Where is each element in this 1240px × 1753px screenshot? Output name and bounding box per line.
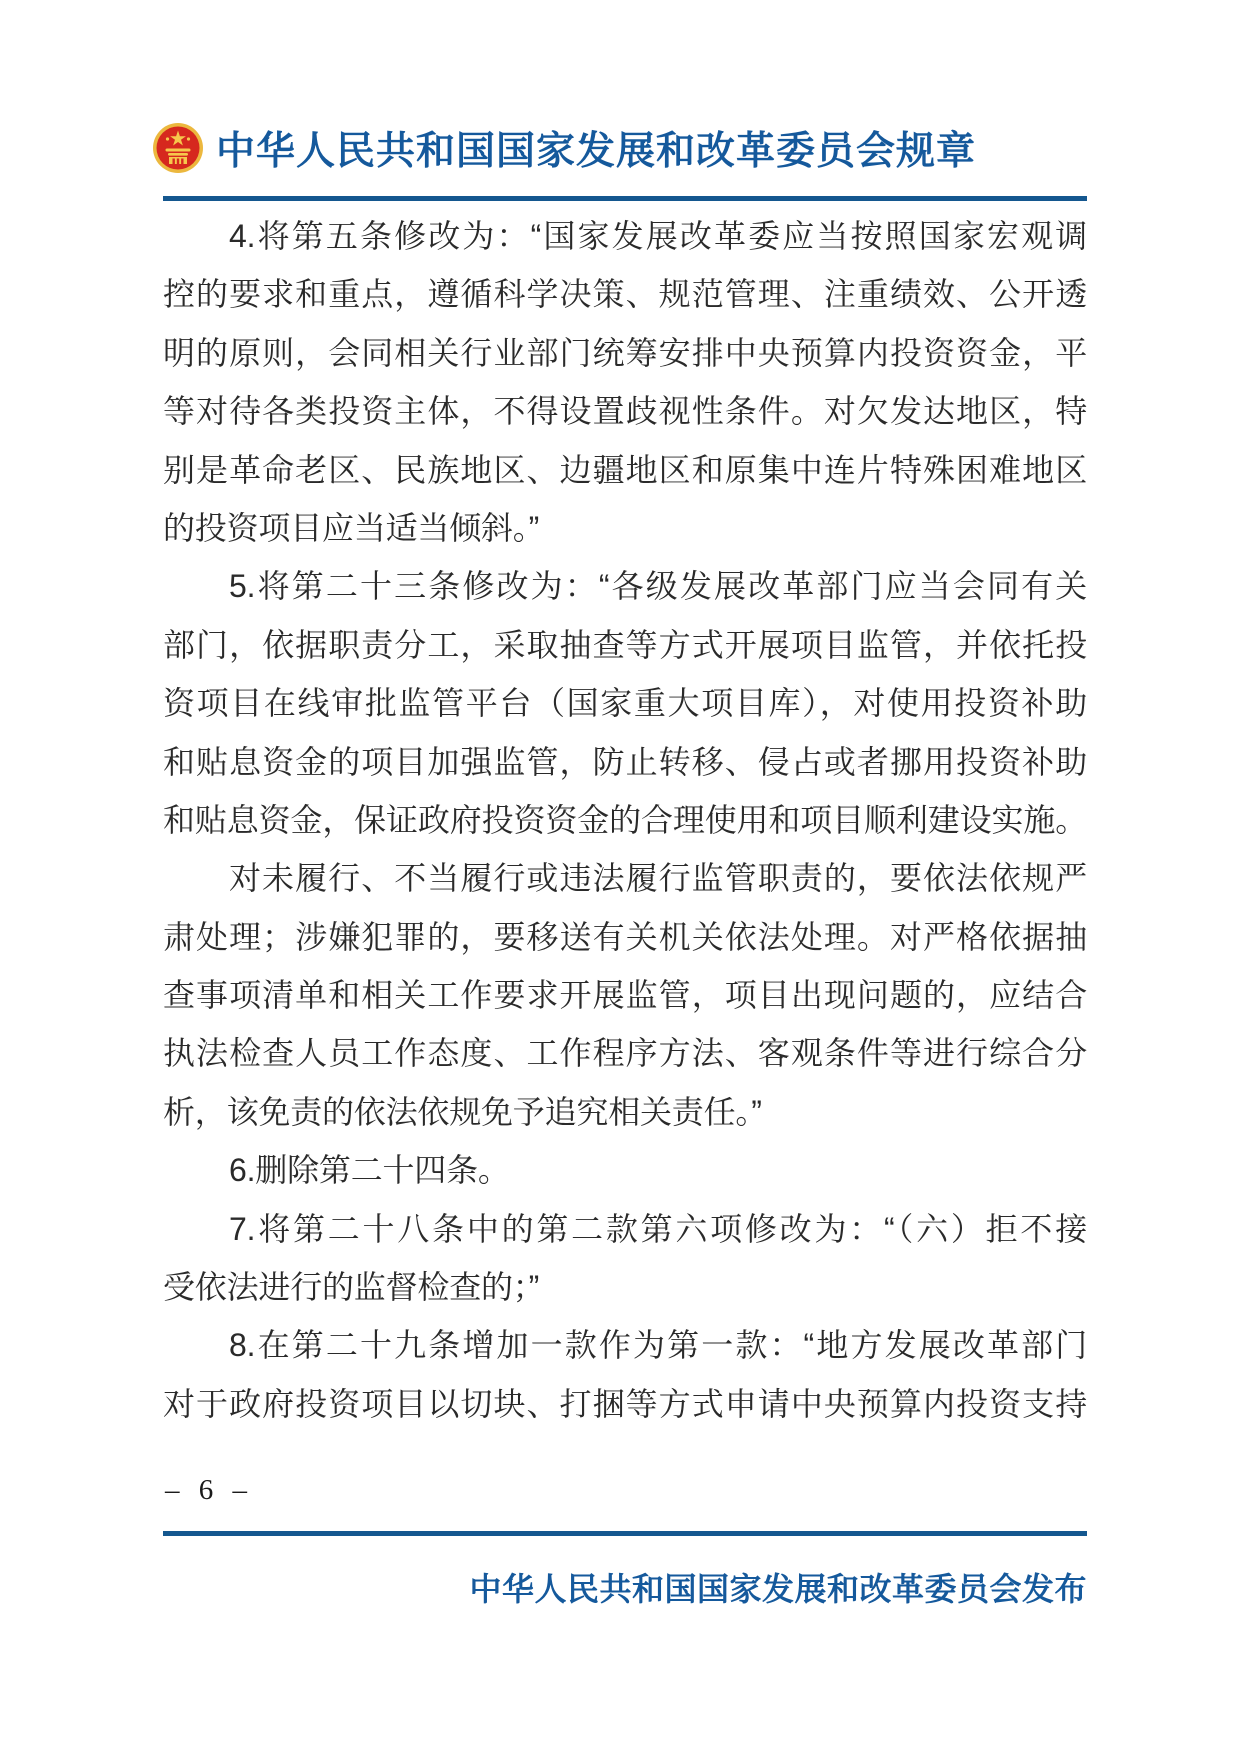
body-line: 肃处理；涉嫌犯罪的，要移送有关机关依法处理。对严格依据抽	[163, 908, 1087, 966]
body-line: 别是革命老区、民族地区、边疆地区和原集中连片特殊困难地区	[163, 441, 1087, 499]
footer-rule	[163, 1531, 1087, 1536]
header-title: 中华人民共和国国家发展和改革委员会规章	[216, 120, 976, 176]
body-line: 析，该免责的依法依规免予追究相关责任。”	[163, 1083, 1087, 1141]
body-line: 和贴息资金，保证政府投资资金的合理使用和项目顺利建设实施。	[163, 791, 1087, 849]
body-line: 6.删除第二十四条。	[163, 1141, 1087, 1199]
body-line: 4.将第五条修改为：“国家发展改革委应当按照国家宏观调	[163, 207, 1087, 265]
body-line: 部门，依据职责分工，采取抽查等方式开展项目监管，并依托投	[163, 616, 1087, 674]
document-body: 4.将第五条修改为：“国家发展改革委应当按照国家宏观调 控的要求和重点，遵循科学…	[163, 207, 1087, 1433]
body-line: 明的原则，会同相关行业部门统筹安排中央预算内投资资金，平	[163, 324, 1087, 382]
body-line: 控的要求和重点，遵循科学决策、规范管理、注重绩效、公开透	[163, 265, 1087, 323]
body-line: 7.将第二十八条中的第二款第六项修改为：“（六）拒不接	[163, 1200, 1087, 1258]
body-line: 8.在第二十九条增加一款作为第一款：“地方发展改革部门	[163, 1316, 1087, 1374]
body-line: 资项目在线审批监管平台（国家重大项目库），对使用投资补助	[163, 674, 1087, 732]
body-line: 5.将第二十三条修改为：“各级发展改革部门应当会同有关	[163, 557, 1087, 615]
footer-publisher: 中华人民共和国国家发展和改革委员会发布	[469, 1564, 1087, 1610]
header-rule	[163, 196, 1087, 201]
page-number: – 6 –	[165, 1474, 253, 1507]
body-line: 的投资项目应当适当倾斜。”	[163, 499, 1087, 557]
body-line: 查事项清单和相关工作要求开展监管，项目出现问题的，应结合	[163, 966, 1087, 1024]
document-header: 中华人民共和国国家发展和改革委员会规章	[152, 118, 1087, 178]
document-page: 中华人民共和国国家发展和改革委员会规章 4.将第五条修改为：“国家发展改革委应当…	[0, 0, 1240, 1753]
body-line: 受依法进行的监督检查的；”	[163, 1258, 1087, 1316]
body-line: 对于政府投资项目以切块、打捆等方式申请中央预算内投资支持	[163, 1375, 1087, 1433]
body-line: 对未履行、不当履行或违法履行监管职责的，要依法依规严	[163, 849, 1087, 907]
body-line: 执法检查人员工作态度、工作程序方法、客观条件等进行综合分	[163, 1024, 1087, 1082]
china-national-emblem-icon	[152, 122, 204, 174]
body-line: 等对待各类投资主体，不得设置歧视性条件。对欠发达地区，特	[163, 382, 1087, 440]
body-line: 和贴息资金的项目加强监管，防止转移、侵占或者挪用投资补助	[163, 733, 1087, 791]
